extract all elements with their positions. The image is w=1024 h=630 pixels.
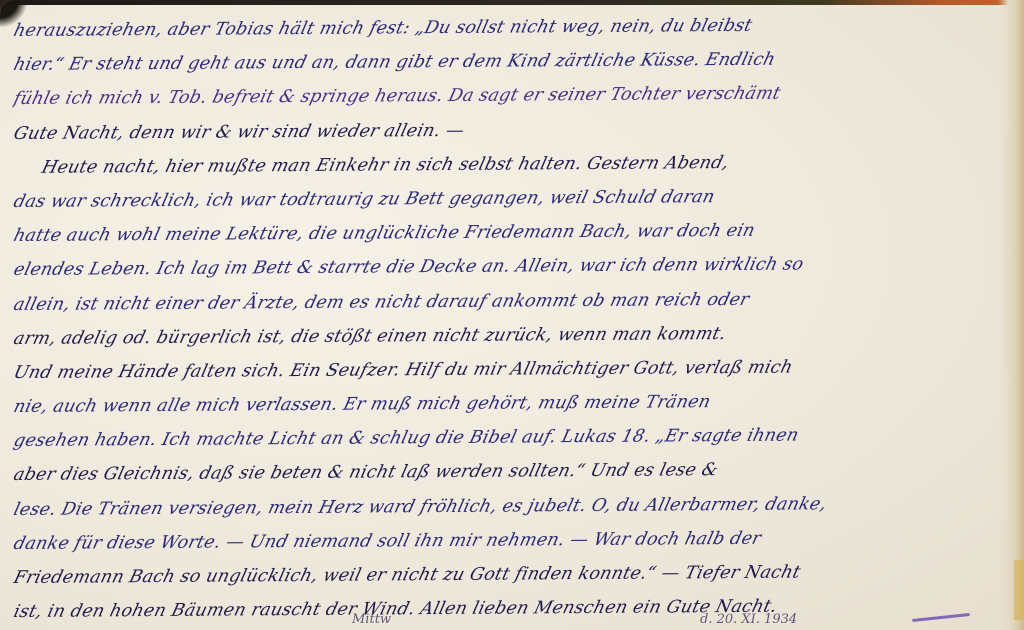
footer-fragment-right: d. 20. XI. 1934 <box>700 612 797 627</box>
paper-stain <box>1014 560 1024 620</box>
book-top-edge <box>0 0 1024 5</box>
footer-fragment-left: Mittw <box>352 612 391 627</box>
handwritten-text-block: herauszuziehen, aber Tobias hält mich fe… <box>14 14 999 629</box>
diary-page: herauszuziehen, aber Tobias hält mich fe… <box>0 0 1024 630</box>
text-line-18: ist, in den hohen Bäumen rauscht der Win… <box>10 588 1005 629</box>
